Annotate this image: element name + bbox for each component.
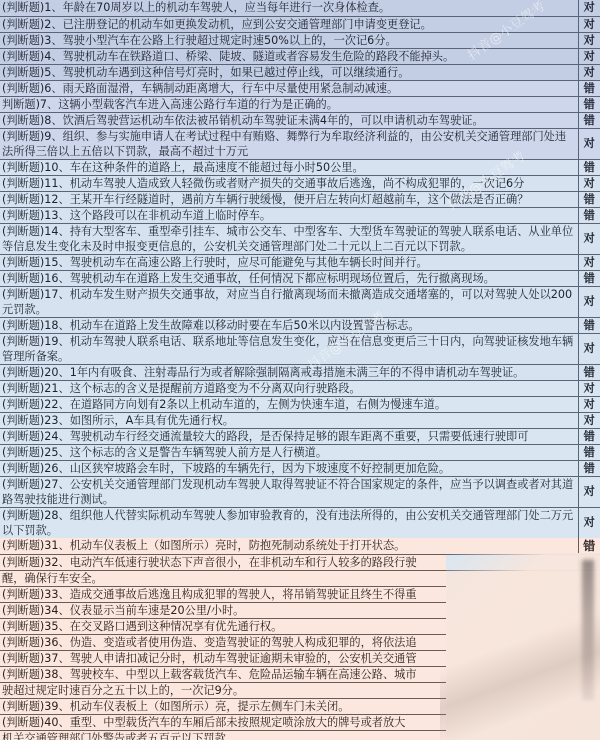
question-text: (判断题)28、组织他人代替实际机动车驾驶人参加审验教育的，没有违法所得的，由公… [0,507,578,538]
question-row: (判断题)31、机动车仪表板上（如图所示）亮时，防抱死制动系统处于打开状态。错 [0,538,600,554]
question-row: 判断题)7、这辆小型载客汽车进入高速公路行车道的行为是正确的。错 [0,96,600,112]
question-text: (判断题)9、组织、参与实施申请人在考试过程中有贿赂、舞弊行为牟取经济利益的，由… [0,128,578,159]
question-table-upper: (判断题)1、年龄在70周岁以上的机动车驾驶人，应当每年进行一次身体检查。对 (… [0,0,600,571]
question-row: (判断题)20、1年内有吸食、注射毒品行为或者解除强制隔离戒毒措施未满三年的不得… [0,364,600,380]
question-text: (判断题)39、机动车仪表板上（如图所示）亮，提示左侧车门未关闭。 [0,698,446,714]
blurred-edge [582,560,594,700]
answer-cell: 错 [578,159,600,175]
question-row: (判断题)4、驾驶机动车在铁路道口、桥梁、陡坡、隧道或者容易发生危险的路段不能掉… [0,48,600,64]
answer-cell: 错 [578,444,600,460]
question-text: (判断题)21、这个标志的含义是提醒前方道路变为不分离双向行驶路段。 [0,380,578,396]
question-text: (判断题)34、仪表显示当前车速是20公里/小时。 [0,602,446,618]
question-row: (判断题)26、山区狭窄坡路会车时，下坡路的车辆先行，因为下坡速度不好控制更加危… [0,460,600,476]
question-row: (判断题)2、已注册登记的机动车如更换发动机，应到公安交通管理部门申请变更登记。… [0,16,600,32]
question-row: (判断题)12、王某开车行经隧道时，遇前方车辆行驶缓慢，便开启左转向灯超越前车，… [0,191,600,207]
question-row: (判断题)24、驾驶机动车行经交通流量较大的路段，是否保持足够的跟车距离不重要，… [0,428,600,444]
question-text-cont: 驶超过规定时速百分之五十以上的，一次记9分。 [0,682,446,698]
question-text: (判断题)11、机动车驾驶人造成致人轻微伤或者财产损失的交通事故后逃逸，尚不构成… [0,175,578,191]
answer-cell: 错 [578,364,600,380]
question-row: (判断题)25、这个标志的含义是警告车辆驾驶人前方是人行横道。错 [0,444,600,460]
question-text: (判断题)19、机动车驾驶人联系电话、联系地址等信息发生变化，应当在信息变更后三… [0,333,578,364]
question-text: (判断题)37、驾驶人申请扣减记分时，机动车驾驶证逾期未审验的，公安机关交通管 [0,650,446,666]
question-text-cont: 醒，确保行车安全。 [0,570,446,586]
question-row: (判断题)9、组织、参与实施申请人在考试过程中有贿赂、舞弊行为牟取经济利益的，由… [0,128,600,159]
answer-cell: 错 [578,428,600,444]
question-text: (判断题)26、山区狭窄坡路会车时，下坡路的车辆先行，因为下坡速度不好控制更加危… [0,460,578,476]
answer-cell: 错 [578,460,600,476]
question-row: (判断题)28、组织他人代替实际机动车驾驶人参加审验教育的，没有违法所得的，由公… [0,507,600,538]
answer-cell: 对 [578,507,600,538]
question-text: (判断题)8、饮酒后驾驶营运机动车依法被吊销机动车驾驶证未满4年的，可以申请机动… [0,112,578,128]
question-row: (判断题)11、机动车驾驶人造成致人轻微伤或者财产损失的交通事故后逃逸，尚不构成… [0,175,600,191]
answer-cell: 错 [578,112,600,128]
question-text: (判断题)22、在道路同方向划有2条以上机动车道的，左侧为快速车道，右侧为慢速车… [0,396,578,412]
answer-cell: 对 [578,223,600,254]
question-text: (判断题)10、车在这种条件的道路上，最高速度不能超过每小时50公里。 [0,159,578,175]
answer-cell: 对 [578,128,600,159]
question-row: (判断题)22、在道路同方向划有2条以上机动车道的，左侧为快速车道，右侧为慢速车… [0,396,600,412]
question-text: (判断题)2、已注册登记的机动车如更换发动机，应到公安交通管理部门申请变更登记。 [0,16,578,32]
answer-cell: 对 [578,16,600,32]
answer-cell: 对 [578,64,600,80]
question-text: (判断题)13、这个路段可以在非机动车道上临时停车。 [0,207,578,223]
question-text: (判断题)16、驾驶机动车在道路上发生交通事故，任何情况下都应标明现场位置后，先… [0,270,578,286]
question-row: (判断题)27、公安机关交通管理部门发现机动车驾驶人取得驾驶证不符合国家规定的条… [0,476,600,507]
question-text: (判断题)18、机动车在道路上发生故障难以移动时要在车后50米以内设置警告标志。 [0,317,578,333]
page-curl-shadow [440,600,600,740]
question-text: (判断题)23、如图所示，A车具有优先通行权。 [0,412,578,428]
question-text: (判断题)17、机动车发生财产损失交通事故，对应当自行撤离现场而未撤离造成交通堵… [0,286,578,317]
question-text: (判断题)25、这个标志的含义是警告车辆驾驶人前方是人行横道。 [0,444,578,460]
answer-cell: 错 [578,96,600,112]
answer-cell: 对 [578,412,600,428]
answer-cell: 对 [578,396,600,412]
question-text: (判断题)12、王某开车行经隧道时，遇前方车辆行驶缓慢，便开启左转向灯超越前车，… [0,191,578,207]
question-text: (判断题)27、公安机关交通管理部门发现机动车驾驶人取得驾驶证不符合国家规定的条… [0,476,578,507]
answer-sheet-upper: (判断题)1、年龄在70周岁以上的机动车驾驶人，应当每年进行一次身体检查。对 (… [0,0,600,571]
question-row: (判断题)23、如图所示，A车具有优先通行权。对 [0,412,600,428]
question-text: (判断题)24、驾驶机动车行经交通流量较大的路段，是否保持足够的跟车距离不重要，… [0,428,578,444]
question-row: (判断题)21、这个标志的含义是提醒前方道路变为不分离双向行驶路段。对 [0,380,600,396]
answer-cell: 对 [578,0,600,16]
question-row: (判断题)19、机动车驾驶人联系电话、联系地址等信息发生变化，应当在信息变更后三… [0,333,600,364]
question-text: (判断题)38、驾驶校车、中型以上载客载货汽车、危险品运输车辆在高速公路、城市 [0,666,446,682]
question-row: (判断题)16、驾驶机动车在道路上发生交通事故，任何情况下都应标明现场位置后，先… [0,270,600,286]
question-row: (判断题)17、机动车发生财产损失交通事故，对应当自行撤离现场而未撤离造成交通堵… [0,286,600,317]
question-row: (判断题)13、这个路段可以在非机动车道上临时停车。错 [0,207,600,223]
answer-cell: 对 [578,476,600,507]
question-text: (判断题)4、驾驶机动车在铁路道口、桥梁、陡坡、隧道或者容易发生危险的路段不能掉… [0,48,578,64]
question-text: 判断题)7、这辆小型载客汽车进入高速公路行车道的行为是正确的。 [0,96,578,112]
question-row: (判断题)6、雨天路面湿滑，车辆制动距离增大，行车中尽量使用紧急制动减速。错 [0,80,600,96]
question-text: (判断题)36、伪造、变造或者使用伪造、变造驾驶证的驾驶人构成犯罪的，将依法追 [0,634,446,650]
question-text: (判断题)5、驾驶机动车遇到这种信号灯亮时，如果已越过停止线，可以继续通行。 [0,64,578,80]
question-text: (判断题)35、在交叉路口遇到这种情况享有优先通行权。 [0,618,446,634]
answer-cell: 对 [578,380,600,396]
question-row: (判断题)8、饮酒后驾驶营运机动车依法被吊销机动车驾驶证未满4年的，可以申请机动… [0,112,600,128]
answer-cell: 错 [578,317,600,333]
answer-cell: 对 [578,32,600,48]
question-text: (判断题)1、年龄在70周岁以上的机动车驾驶人，应当每年进行一次身体检查。 [0,0,578,16]
question-text: (判断题)20、1年内有吸食、注射毒品行为或者解除强制隔离戒毒措施未满三年的不得… [0,364,578,380]
question-row: (判断题)5、驾驶机动车遇到这种信号灯亮时，如果已越过停止线，可以继续通行。对 [0,64,600,80]
question-row: (判断题)1、年龄在70周岁以上的机动车驾驶人，应当每年进行一次身体检查。对 [0,0,600,16]
answer-cell: 对 [578,48,600,64]
answer-cell: 对 [578,286,600,317]
answer-cell: 错 [578,191,600,207]
answer-cell: 对 [578,333,600,364]
answer-cell: 错 [578,270,600,286]
question-text-cont: 机关交通管理部门处警告或者五百元以下罚款。 [0,730,446,740]
question-row: (判断题)14、持有大型客车、重型牵引挂车、城市公交车、中型客车、大型货车驾驶证… [0,223,600,254]
question-text: (判断题)33、造成交通事故后逃逸且构成犯罪的驾驶人，将吊销驾驶证且终生不得重 [0,586,446,602]
question-text: (判断题)32、电动汽车低速行驶状态下声音很小，在非机动车和行人较多的路段行驶 [0,554,446,570]
question-text: (判断题)3、驾驶小型汽车在公路上行驶超过规定时速50%以上的，一次记6分。 [0,32,578,48]
question-text: (判断题)31、机动车仪表板上（如图所示）亮时，防抱死制动系统处于打开状态。 [0,538,446,554]
question-text: (判断题)14、持有大型客车、重型牵引挂车、城市公交车、中型客车、大型货车驾驶证… [0,223,578,254]
question-row: (判断题)15、驾驶机动车在高速公路上行驶时，应尽可能避免与其他车辆长时间并行。… [0,254,600,270]
question-row: (判断题)18、机动车在道路上发生故障难以移动时要在车后50米以内设置警告标志。… [0,317,600,333]
question-row: (判断题)3、驾驶小型汽车在公路上行驶超过规定时速50%以上的，一次记6分。对 [0,32,600,48]
answer-cell: 错 [578,207,600,223]
answer-cell: 错 [578,80,600,96]
question-row: (判断题)10、车在这种条件的道路上，最高速度不能超过每小时50公里。错 [0,159,600,175]
question-text: (判断题)6、雨天路面湿滑，车辆制动距离增大，行车中尽量使用紧急制动减速。 [0,80,578,96]
question-text: (判断题)40、重型、中型载货汽车的车厢后部未按照规定喷涂放大的牌号或者放大 [0,714,446,730]
answer-cell: 错 [578,538,600,554]
answer-cell: 对 [578,254,600,270]
question-text: (判断题)15、驾驶机动车在高速公路上行驶时，应尽可能避免与其他车辆长时间并行。 [0,254,578,270]
answer-cell: 对 [578,175,600,191]
